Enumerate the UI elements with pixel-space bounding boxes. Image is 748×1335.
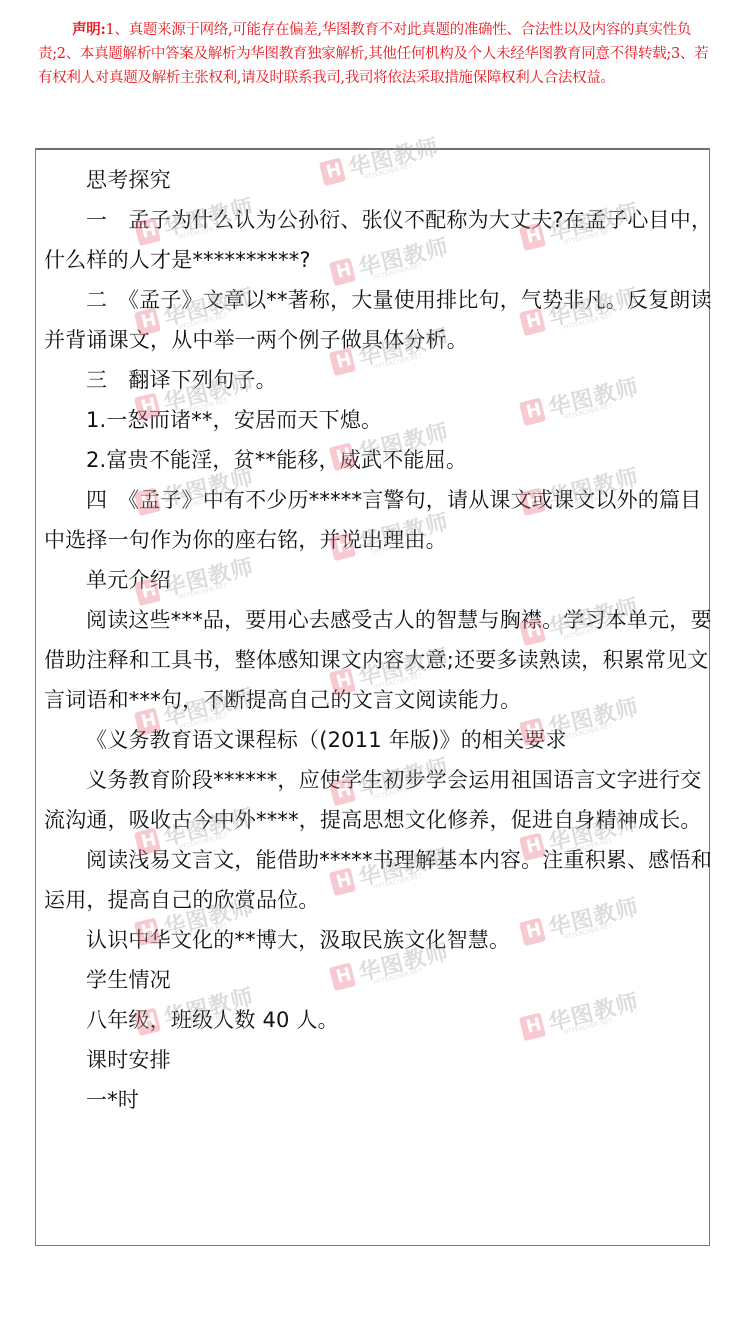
disclaimer-text: 1、真题来源于网络,可能存在偏差,华图教育不对此真题的准确性、合法性以及内容的真… bbox=[38, 22, 708, 86]
sentence-2: 2.富贵不能淫，贫**能移，威武不能屈。 bbox=[44, 440, 716, 480]
curriculum-text-3: 认识中华文化的**博大，汲取民族文化智慧。 bbox=[44, 920, 716, 960]
heading-student-situation: 学生情况 bbox=[44, 960, 716, 1000]
student-situation-text: 八年级，班级人数 40 人。 bbox=[44, 1000, 716, 1040]
heading-thinking-exploration: 思考探究 bbox=[44, 160, 716, 200]
heading-unit-intro: 单元介绍 bbox=[44, 560, 716, 600]
disclaimer-lead: 声明: bbox=[72, 21, 105, 38]
question-2: 二 《孟子》文章以**著称，大量使用排比句，气势非凡。反复朗读并背诵课文，从中举… bbox=[44, 280, 716, 360]
document-content: 思考探究 一 孟子为什么认为公孙衍、张仪不配称为大丈夫?在孟子心目中，什么样的人… bbox=[44, 160, 716, 1120]
disclaimer: 声明:1、真题来源于网络,可能存在偏差,华图教育不对此真题的准确性、合法性以及内… bbox=[38, 18, 718, 90]
sentence-1: 1.一怒而诸**，安居而天下熄。 bbox=[44, 400, 716, 440]
question-1: 一 孟子为什么认为公孙衍、张仪不配称为大丈夫?在孟子心目中，什么样的人才是***… bbox=[44, 200, 716, 280]
class-schedule-text: 一*时 bbox=[44, 1080, 716, 1120]
heading-class-schedule: 课时安排 bbox=[44, 1040, 716, 1080]
unit-intro-text: 阅读这些***品，要用心去感受古人的智慧与胸襟。学习本单元，要借助注释和工具书，… bbox=[44, 600, 716, 720]
curriculum-text-2: 阅读浅易文言文，能借助*****书理解基本内容。注重积累、感悟和运用，提高自己的… bbox=[44, 840, 716, 920]
curriculum-text-1: 义务教育阶段******，应使学生初步学会运用祖国语言文字进行交流沟通，吸收古今… bbox=[44, 760, 716, 840]
question-4: 四 《孟子》中有不少历*****言警句，请从课文或课文以外的篇目中选择一句作为你… bbox=[44, 480, 716, 560]
heading-curriculum-standard: 《义务教育语文课程标（(2011 年版)》的相关要求 bbox=[44, 720, 716, 760]
question-3: 三 翻译下列句子。 bbox=[44, 360, 716, 400]
